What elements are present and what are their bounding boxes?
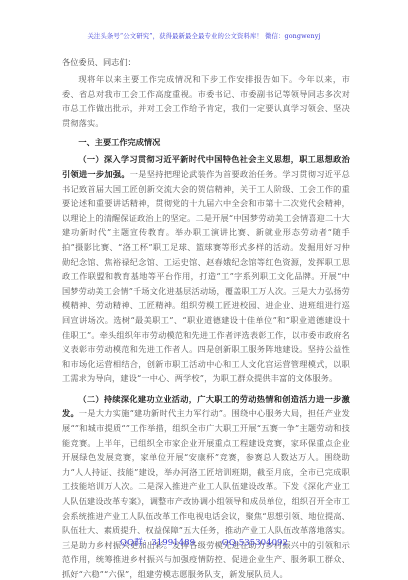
- header-watermark: 关注头条号“公文研究”，获得最新最全最专业的公文资料库！ 微信：gongweny…: [0, 31, 408, 40]
- qq-group: QQ群：31991489: [120, 538, 195, 548]
- item-2-paragraph: （二）持续深化建功立业活动，广大职工的劳动热情和创造活力进一步激发。一是大力实施…: [62, 392, 350, 580]
- document-body: 各位委员、同志们： 现将年以来主要工作完成情况和下步工作安排报告如下。今年以来，…: [62, 56, 350, 580]
- document-page: 关注头条号“公文研究”，获得最新最全最专业的公文资料库！ 微信：gongweny…: [0, 0, 408, 580]
- footer-contact: QQ群：31991489 QQ:535304092: [0, 536, 408, 548]
- item-2-text: 一是大力实施“建功新时代主力军行动”。围绕中心服务大局，担任产业发展“”和城市提…: [62, 408, 350, 579]
- item-1-paragraph: （一）深入学习贯彻习近平新时代中国特色社会主义思想，职工思想政治引领进一步加强。…: [62, 152, 350, 386]
- section-heading: 一、主要工作完成情况: [62, 135, 350, 149]
- qq-number: QQ:535304092: [222, 538, 288, 548]
- intro-paragraph: 现将年以来主要工作完成情况和下步工作安排报告如下。今年以来，市委、省总对我市工会…: [62, 72, 350, 130]
- item-1-text: 一是坚持把理论武装作为首要政治任务。学习贯彻习近平总书记致首届大国工匠创新交流大…: [62, 169, 350, 383]
- salutation: 各位委员、同志们：: [62, 56, 350, 68]
